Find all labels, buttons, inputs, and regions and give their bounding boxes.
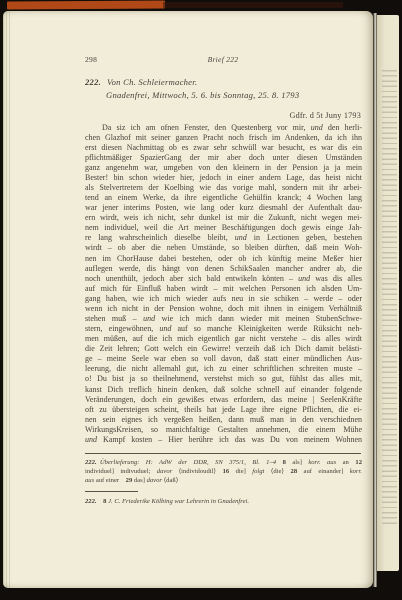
letter-line: men müßen, auf die ich mich eigentlich g… xyxy=(85,334,362,344)
text-run: WirkungsKreisen, so manichfaltige Gestal… xyxy=(85,425,362,434)
text-run: die Zeit lehren; Gott welch ein Gewirre!… xyxy=(85,344,362,353)
letter-line: stern, eingewöhnen, und auf so manche Kl… xyxy=(85,324,362,334)
page-edge-stack xyxy=(3,11,11,588)
text-run: nen im ChorHause dabei bestehen, oder ob… xyxy=(85,254,362,263)
letter-line: die Zeit lehren; Gott welch ein Gewirre!… xyxy=(85,344,362,354)
text-run: leerung, die nicht allemahl gut, ich zu … xyxy=(85,364,362,373)
adjacent-page-faint-print xyxy=(382,70,397,526)
text-run: ⟨die⟩ xyxy=(264,468,284,475)
letter-line: gang haben, wie ich mich wieder aufs neu… xyxy=(85,294,362,304)
text-run: als Stelvertretern der Koelbing wie das … xyxy=(85,183,362,192)
text-run: auf einer xyxy=(94,477,119,484)
letter-line: auflegen werde, dis hängt von denen Schi… xyxy=(85,264,362,274)
adjacent-page-edge xyxy=(377,15,399,571)
text-run: noch unenthült, jedoch aber sich bald en… xyxy=(85,274,298,283)
text-run xyxy=(284,468,291,475)
book-spine-shadow xyxy=(163,2,343,8)
text-run: tend an einem Werke, da ihre eigentliche… xyxy=(85,193,362,202)
letter-line: 10war jener interims Posten, wie lang od… xyxy=(85,203,362,213)
letter-line: nem individuel, weil die Art meiner Besc… xyxy=(85,223,362,233)
text-run: Bester! bin schon wieder hier, jedoch in… xyxy=(85,173,362,182)
text-run: wenn ich nicht in der Pension wohne, doc… xyxy=(85,304,362,313)
text-run: men müßen, auf die ich mich eigentlich g… xyxy=(85,334,362,343)
letter-line: stehen muß – und wie ich mich dann wiede… xyxy=(85,314,362,324)
letter-line: und Kampf kosten – Hier berühre ich das … xyxy=(85,435,362,445)
text-run: stern, eingewöhnen, xyxy=(85,324,159,333)
text-run: die] xyxy=(229,468,252,475)
text-run: oft zu übersteigen scheint, theils hat j… xyxy=(85,405,362,414)
text-run: auf einander] xyxy=(297,468,350,475)
letter-line: 30oft zu übersteigen scheint, theils hat… xyxy=(85,405,362,415)
text-run: das] xyxy=(132,477,146,484)
footnote-rule xyxy=(85,491,138,492)
apparatus-line: aus auf einer 29 das] davor ⟨daß⟩ xyxy=(85,476,362,485)
book-scan: 298 Brief 222 222.Von Ch. Schleiermacher… xyxy=(0,0,402,600)
letter-line: auf mich für Einfluß haben wirdt – mit w… xyxy=(85,284,362,294)
text-run: chen Glazhof mit seiner ganzen Pracht no… xyxy=(85,133,362,142)
text-run: wie ich mich dann wieder mit meinen Stub… xyxy=(155,314,362,323)
italic-text: korr. aus xyxy=(308,459,336,466)
italic-text: und xyxy=(311,123,323,132)
text-run: wirdt – ob aber die neben Umstände, so b… xyxy=(85,243,362,252)
text-run xyxy=(276,459,283,466)
text-run: individuel] indivuduel; xyxy=(85,468,157,475)
text-run: re lang wahrscheinlich dieselbe bleibt, xyxy=(85,233,235,242)
book-page: 298 Brief 222 222.Von Ch. Schleiermacher… xyxy=(3,11,373,588)
text-run: Kampf kosten – Hier berühre ich das was … xyxy=(97,435,362,444)
italic-text: folgt xyxy=(252,468,264,475)
apparatus-block: 222. Überlieferung: H: AdW der DDR, SN 3… xyxy=(85,458,362,486)
italic-text: und xyxy=(143,314,155,323)
letter-author: Von Ch. Schleiermacher. xyxy=(107,77,197,87)
letter-line: Da siz ich am ofnen Fenster, den Questen… xyxy=(85,123,362,133)
italic-text: davor xyxy=(157,468,172,475)
book-spine-stripe xyxy=(7,0,165,9)
italic-text: aus xyxy=(85,477,94,484)
text-run: ⟨individoudil⟩ xyxy=(172,468,216,475)
text-run: erst diesen Nachmittag ob es zwar sehr s… xyxy=(85,143,362,152)
text-run: Veränderungen, doch ein gewißes etwas er… xyxy=(85,395,362,404)
letter-line: wirdt – ob aber die neben Umstände, so b… xyxy=(85,243,362,253)
letter-line: chen Glazhof mit seiner ganzen Pracht no… xyxy=(85,133,362,143)
letter-number: 222. xyxy=(85,77,101,87)
italic-text: und xyxy=(298,274,310,283)
letter-line: leerung, die nicht allemahl gut, ich zu … xyxy=(85,364,362,374)
italic-text: korr. xyxy=(350,468,362,475)
italic-text: und xyxy=(159,324,171,333)
letter-heading: 222.Von Ch. Schleiermacher. xyxy=(85,77,197,87)
letter-line: ern wirdt, weis ich nicht, sehr dunkel i… xyxy=(85,213,362,223)
letter-line: ganz angenehm war, umgeben von den klein… xyxy=(85,163,362,173)
letter-line: re lang wahrscheinlich dieselbe bleibt, … xyxy=(85,233,362,243)
running-head: Brief 222 xyxy=(85,55,361,64)
letter-line: noch unenthült, jedoch aber sich bald en… xyxy=(85,274,362,284)
text-run: auf mich für Einfluß haben wirdt – mit w… xyxy=(85,284,362,293)
letter-line: o! Du bist ja so theilnehmend, verstehst… xyxy=(85,374,362,384)
text-run: an xyxy=(336,459,349,466)
apparatus-line: individuel] indivuduel; davor ⟨individou… xyxy=(85,467,362,476)
letter-line: WirkungsKreisen, so manichfaltige Gestal… xyxy=(85,425,362,435)
letter-place-date: Gdfr. d 5t Juny 1793 xyxy=(85,111,361,120)
letter-line: erst diesen Nachmittag ob es zwar sehr s… xyxy=(85,143,362,153)
text-run: pflichtmäßiger SpazierGang der mir aber … xyxy=(85,153,362,162)
italic-text: und xyxy=(235,233,247,242)
text-run: Da siz ich am ofnen Fenster, den Questen… xyxy=(102,123,311,132)
text-run: auf so manche Kleinigkeiten werde Rüksic… xyxy=(171,324,362,333)
letter-line: 25ge – meine Seele war eben so voll davo… xyxy=(85,354,362,364)
apparatus-rule xyxy=(85,453,361,454)
letter-line: Bester! bin schon wieder hier, jedoch in… xyxy=(85,173,362,183)
italic-text: davor xyxy=(147,477,162,484)
text-run: auflegen werde, dis hängt von denen Schi… xyxy=(85,264,362,273)
letter-line: 15nen im ChorHause dabei bestehen, oder … xyxy=(85,254,362,264)
letter-line: 20wenn ich nicht in der Pension wohne, d… xyxy=(85,304,362,314)
text-run: war jener interims Posten, wie lang oder… xyxy=(85,203,362,212)
bold-ref: 222. xyxy=(85,498,97,505)
text-run: als] xyxy=(286,459,308,466)
text-run: was dis alles xyxy=(310,274,362,283)
text-run: nem individuel, weil die Art meiner Besc… xyxy=(85,223,362,232)
text-run: kanst Dich treflich hinein denken, daß s… xyxy=(85,385,362,394)
text-run: ganz angenehm war, umgeben von den klein… xyxy=(85,163,362,172)
text-run: o! Du bist ja so theilnehmend, verstehst… xyxy=(85,374,362,383)
letter-line: tend an einem Werke, da ihre eigentliche… xyxy=(85,193,362,203)
italic-text: Überlieferung: H: AdW der DDR, SN 375/1,… xyxy=(100,459,276,466)
text-run: gang haben, wie ich mich wieder aufs neu… xyxy=(85,294,362,303)
letter-line: kanst Dich treflich hinein denken, daß s… xyxy=(85,385,362,395)
text-run: den herli- xyxy=(323,123,362,132)
italic-text: und xyxy=(85,435,97,444)
text-run xyxy=(119,477,126,484)
text-run: ern wirdt, weis ich nicht, sehr dunkel i… xyxy=(85,213,362,222)
letter-heading-dateline: Gnadenfrei, Mittwoch, 5. 6. bis Sonntag,… xyxy=(106,90,299,100)
text-run: ge – meine Seele war eben so voll davon,… xyxy=(85,354,362,363)
apparatus-line: 222. Überlieferung: H: AdW der DDR, SN 3… xyxy=(85,458,362,467)
text-run: ⟨daß⟩ xyxy=(162,477,178,484)
footnote: 222. 8 J. C. Friederike Kölbing war Lehr… xyxy=(85,497,362,506)
italic-text: J. C. Friederike Kölbing war Lehrerin in… xyxy=(108,498,249,505)
text-run: in Lectionen geben, bestehen xyxy=(247,233,362,242)
letter-line: 5pflichtmäßiger SpazierGang der mir aber… xyxy=(85,153,362,163)
bold-ref: 222. xyxy=(85,459,97,466)
letter-line: nen sein eignes ich vergeßen heißen, dan… xyxy=(85,415,362,425)
text-run xyxy=(216,468,223,475)
text-run: stehen muß – xyxy=(85,314,143,323)
letter-line: Veränderungen, doch ein gewißes etwas er… xyxy=(85,395,362,405)
letter-line: als Stelvertretern der Koelbing wie das … xyxy=(85,183,362,193)
letter-body: Da siz ich am ofnen Fenster, den Questen… xyxy=(85,123,362,446)
bold-ref: 12 xyxy=(355,459,362,466)
text-run: nen sein eignes ich vergeßen heißen, dan… xyxy=(85,415,362,424)
